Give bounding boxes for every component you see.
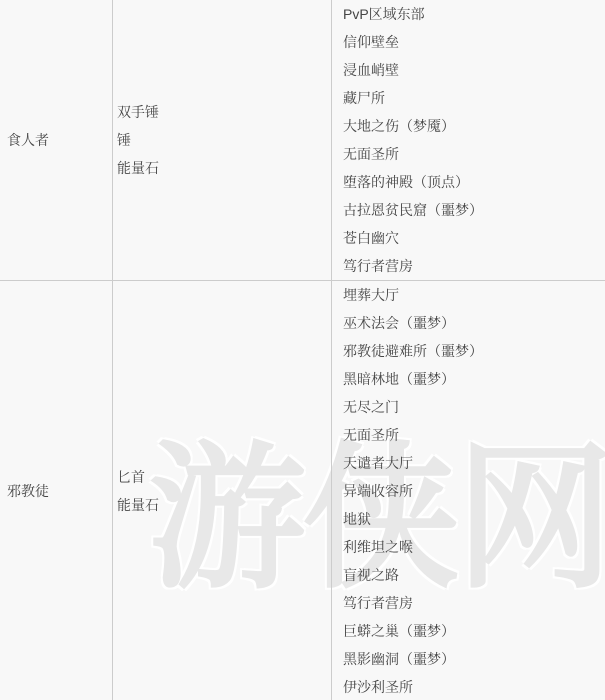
- location-item: 古拉恩贫民窟（噩梦）: [343, 196, 605, 224]
- weapons-cell: 双手锤 锤 能量石: [113, 0, 332, 280]
- enemy-cell: 食人者: [0, 0, 113, 280]
- weapon-item: 匕首: [117, 463, 331, 491]
- location-item: 无尽之门: [343, 393, 605, 421]
- location-item: 大地之伤（梦魇）: [343, 112, 605, 140]
- location-item: 笃行者营房: [343, 589, 605, 617]
- location-item: 笃行者营房: [343, 252, 605, 280]
- weapon-item: 锤: [117, 126, 331, 154]
- locations-cell: 埋葬大厅 巫术法会（噩梦） 邪教徒避难所（噩梦） 黑暗林地（噩梦） 无尽之门 无…: [332, 281, 605, 700]
- location-item: 信仰壁垒: [343, 28, 605, 56]
- location-item: 巫术法会（噩梦）: [343, 309, 605, 337]
- locations-cell: PvP区域东部 信仰壁垒 浸血峭壁 藏尸所 大地之伤（梦魇） 无面圣所 堕落的神…: [332, 0, 605, 280]
- location-item: 利维坦之喉: [343, 533, 605, 561]
- location-item: 无面圣所: [343, 421, 605, 449]
- enemy-drop-location-table: 食人者 双手锤 锤 能量石 PvP区域东部 信仰壁垒 浸血峭壁 藏尸所 大地之伤…: [0, 0, 605, 700]
- table-row: 邪教徒 匕首 能量石 埋葬大厅 巫术法会（噩梦） 邪教徒避难所（噩梦） 黑暗林地…: [0, 281, 605, 700]
- location-item: 浸血峭壁: [343, 56, 605, 84]
- location-item: 巨蟒之巢（噩梦）: [343, 617, 605, 645]
- location-item: 埋葬大厅: [343, 281, 605, 309]
- location-item: 伊沙利圣所: [343, 673, 605, 700]
- location-item: 藏尸所: [343, 84, 605, 112]
- location-item: 苍白幽穴: [343, 224, 605, 252]
- location-item: PvP区域东部: [343, 0, 605, 28]
- enemy-name: 食人者: [7, 130, 49, 150]
- table-row: 食人者 双手锤 锤 能量石 PvP区域东部 信仰壁垒 浸血峭壁 藏尸所 大地之伤…: [0, 0, 605, 281]
- location-item: 地狱: [343, 505, 605, 533]
- weapon-item: 能量石: [117, 491, 331, 519]
- location-item: 黑影幽洞（噩梦）: [343, 645, 605, 673]
- location-item: 天谴者大厅: [343, 449, 605, 477]
- location-item: 异端收容所: [343, 477, 605, 505]
- weapon-item: 能量石: [117, 154, 331, 182]
- location-item: 邪教徒避难所（噩梦）: [343, 337, 605, 365]
- location-item: 盲视之路: [343, 561, 605, 589]
- location-item: 无面圣所: [343, 140, 605, 168]
- weapon-item: 双手锤: [117, 98, 331, 126]
- enemy-cell: 邪教徒: [0, 281, 113, 700]
- location-item: 堕落的神殿（顶点）: [343, 168, 605, 196]
- weapons-cell: 匕首 能量石: [113, 281, 332, 700]
- enemy-name: 邪教徒: [7, 481, 49, 501]
- location-item: 黑暗林地（噩梦）: [343, 365, 605, 393]
- guide-table-page: 游侠网 食人者 双手锤 锤 能量石 PvP区域东部 信仰壁垒 浸血峭壁 藏尸所 …: [0, 0, 605, 700]
